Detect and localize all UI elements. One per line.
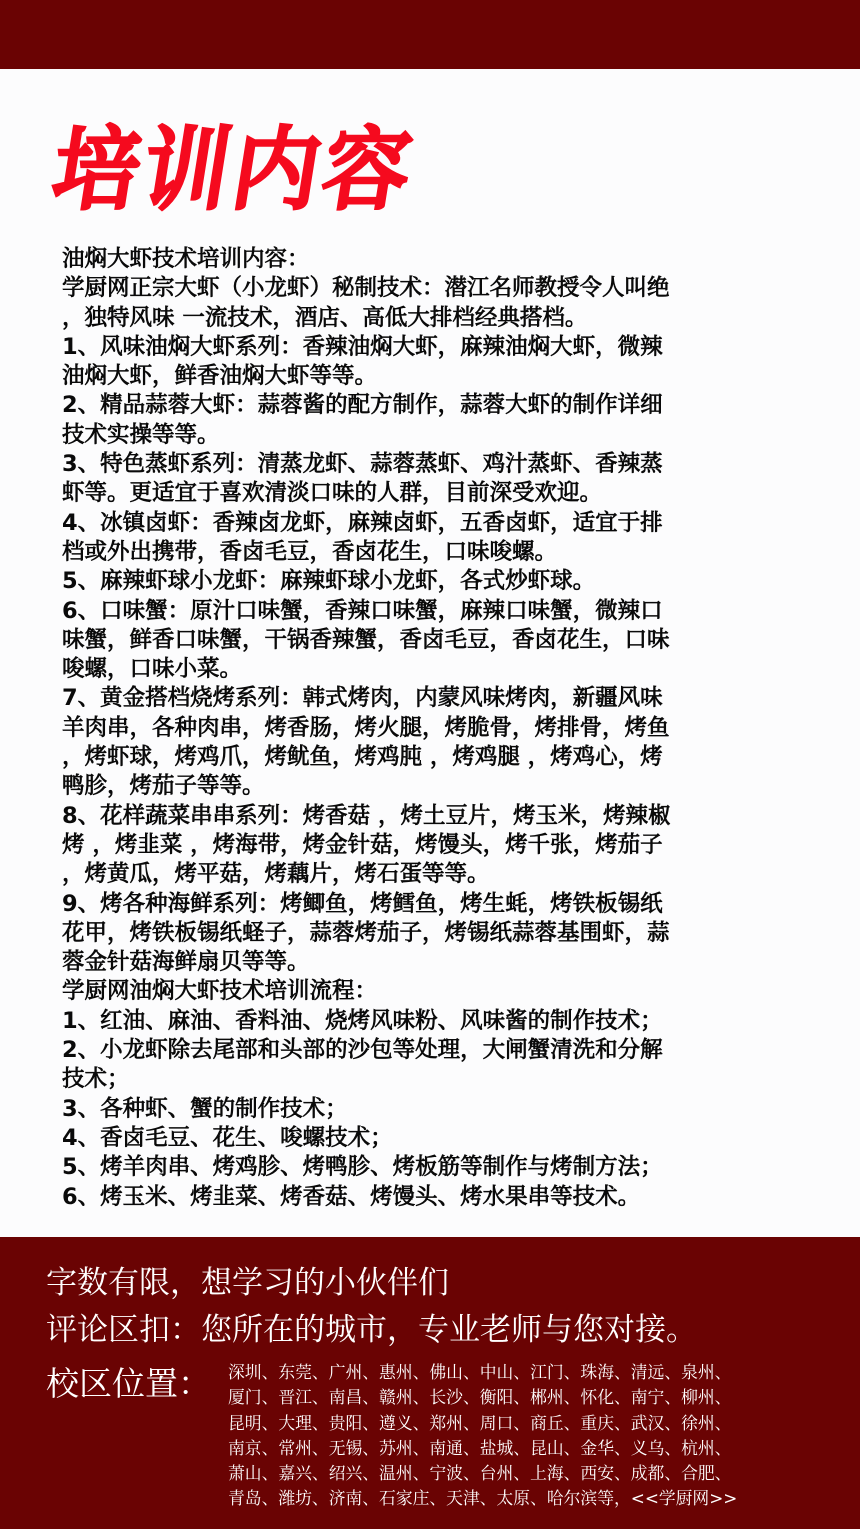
content-line: 档或外出携带，香卤毛豆，香卤花生，口味唆螺。 xyxy=(62,538,802,567)
content-line: 唆螺，口味小菜。 xyxy=(62,655,802,684)
content-line: 虾等。更适宜于喜欢清淡口味的人群，目前深受欢迎。 xyxy=(62,479,802,508)
campus-location-label: 校区位置： xyxy=(46,1364,211,1404)
content-line: 1、风味油焖大虾系列：香辣油焖大虾，麻辣油焖大虾，微辣 xyxy=(62,333,802,362)
content-line: 技术； xyxy=(62,1065,802,1094)
content-line: 8、花样蔬菜串串系列：烤香菇 ，烤土豆片，烤玉米，烤辣椒 xyxy=(62,802,802,831)
content-line: 2、精品蒜蓉大虾：蒜蓉酱的配方制作，蒜蓉大虾的制作详细 xyxy=(62,391,802,420)
city-row: 青岛、潍坊、济南、石家庄、天津、太原、哈尔滨等，<<学厨网>> xyxy=(228,1486,828,1511)
content-line: 4、香卤毛豆、花生、唆螺技术； xyxy=(62,1124,802,1153)
content-line: ，独特风味 一流技术，酒店、高低大排档经典搭档。 xyxy=(62,304,802,333)
footer-panel: 字数有限，想学习的小伙伴们 评论区扣：您所在的城市，专业老师与您对接。 校区位置… xyxy=(0,1237,860,1529)
content-line: 5、烤羊肉串、烤鸡胗、烤鸭胗、烤板筋等制作与烤制方法； xyxy=(62,1153,802,1182)
footer-message-1: 字数有限，想学习的小伙伴们 xyxy=(46,1263,449,1303)
content-line: 学厨网正宗大虾（小龙虾）秘制技术：潜江名师教授令人叫绝 xyxy=(62,274,802,303)
content-line: 9、烤各种海鲜系列：烤鲫鱼，烤鳕鱼，烤生蚝，烤铁板锡纸 xyxy=(62,890,802,919)
content-line: 羊肉串，各种肉串，烤香肠，烤火腿，烤脆骨，烤排骨，烤鱼 xyxy=(62,714,802,743)
content-line: 技术实操等等。 xyxy=(62,421,802,450)
content-line: 3、特色蒸虾系列：清蒸龙虾、蒜蓉蒸虾、鸡汁蒸虾、香辣蒸 xyxy=(62,450,802,479)
city-row: 昆明、大理、贵阳、遵义、郑州、周口、商丘、重庆、武汉、徐州、 xyxy=(228,1411,828,1436)
city-row: 厦门、晋江、南昌、赣州、长沙、衡阳、郴州、怀化、南宁、柳州、 xyxy=(228,1385,828,1410)
content-line: 6、烤玉米、烤韭菜、烤香菇、烤馒头、烤水果串等技术。 xyxy=(62,1183,802,1212)
training-content: 油焖大虾技术培训内容： 学厨网正宗大虾（小龙虾）秘制技术：潜江名师教授令人叫绝 … xyxy=(62,245,802,1212)
content-line: 6、口味蟹：原汁口味蟹，香辣口味蟹，麻辣口味蟹，微辣口 xyxy=(62,597,802,626)
content-line: 3、各种虾、蟹的制作技术； xyxy=(62,1095,802,1124)
content-line: 油焖大虾，鲜香油焖大虾等等。 xyxy=(62,362,802,391)
content-line: 4、冰镇卤虾：香辣卤龙虾，麻辣卤虾，五香卤虾，适宜于排 xyxy=(62,509,802,538)
content-line: ，烤虾球，烤鸡爪，烤鱿鱼，烤鸡肫 ，烤鸡腿 ，烤鸡心，烤 xyxy=(62,743,802,772)
content-line: 鸭胗，烤茄子等等。 xyxy=(62,772,802,801)
content-line: 1、红油、麻油、香料油、烧烤风味粉、风味酱的制作技术； xyxy=(62,1007,802,1036)
content-line: 味蟹，鲜香口味蟹，干锅香辣蟹，香卤毛豆，香卤花生，口味 xyxy=(62,626,802,655)
content-line: 7、黄金搭档烧烤系列：韩式烤肉，内蒙风味烤肉，新疆风味 xyxy=(62,684,802,713)
page-title: 培训内容 xyxy=(45,118,422,223)
content-line: 油焖大虾技术培训内容： xyxy=(62,245,802,274)
content-line: 学厨网油焖大虾技术培训流程： xyxy=(62,977,802,1006)
top-banner-band xyxy=(0,0,860,69)
footer-message-2: 评论区扣：您所在的城市，专业老师与您对接。 xyxy=(46,1310,697,1350)
city-row: 萧山、嘉兴、绍兴、温州、宁波、台州、上海、西安、成都、合肥、 xyxy=(228,1461,828,1486)
city-row: 南京、常州、无锡、苏州、南通、盐城、昆山、金华、义乌、杭州、 xyxy=(228,1436,828,1461)
content-line: 蓉金针菇海鲜扇贝等等。 xyxy=(62,948,802,977)
content-line: ，烤黄瓜，烤平菇，烤藕片，烤石蛋等等。 xyxy=(62,860,802,889)
city-row: 深圳、东莞、广州、惠州、佛山、中山、江门、珠海、清远、泉州、 xyxy=(228,1360,828,1385)
content-line: 烤 ，烤韭菜 ，烤海带，烤金针菇，烤馒头，烤千张，烤茄子 xyxy=(62,831,802,860)
content-line: 2、小龙虾除去尾部和头部的沙包等处理，大闸蟹清洗和分解 xyxy=(62,1036,802,1065)
content-line: 花甲，烤铁板锡纸蛏子，蒜蓉烤茄子，烤锡纸蒜蓉基围虾，蒜 xyxy=(62,919,802,948)
content-line: 5、麻辣虾球小龙虾：麻辣虾球小龙虾，各式炒虾球。 xyxy=(62,567,802,596)
campus-city-list: 深圳、东莞、广州、惠州、佛山、中山、江门、珠海、清远、泉州、 厦门、晋江、南昌、… xyxy=(228,1360,828,1512)
